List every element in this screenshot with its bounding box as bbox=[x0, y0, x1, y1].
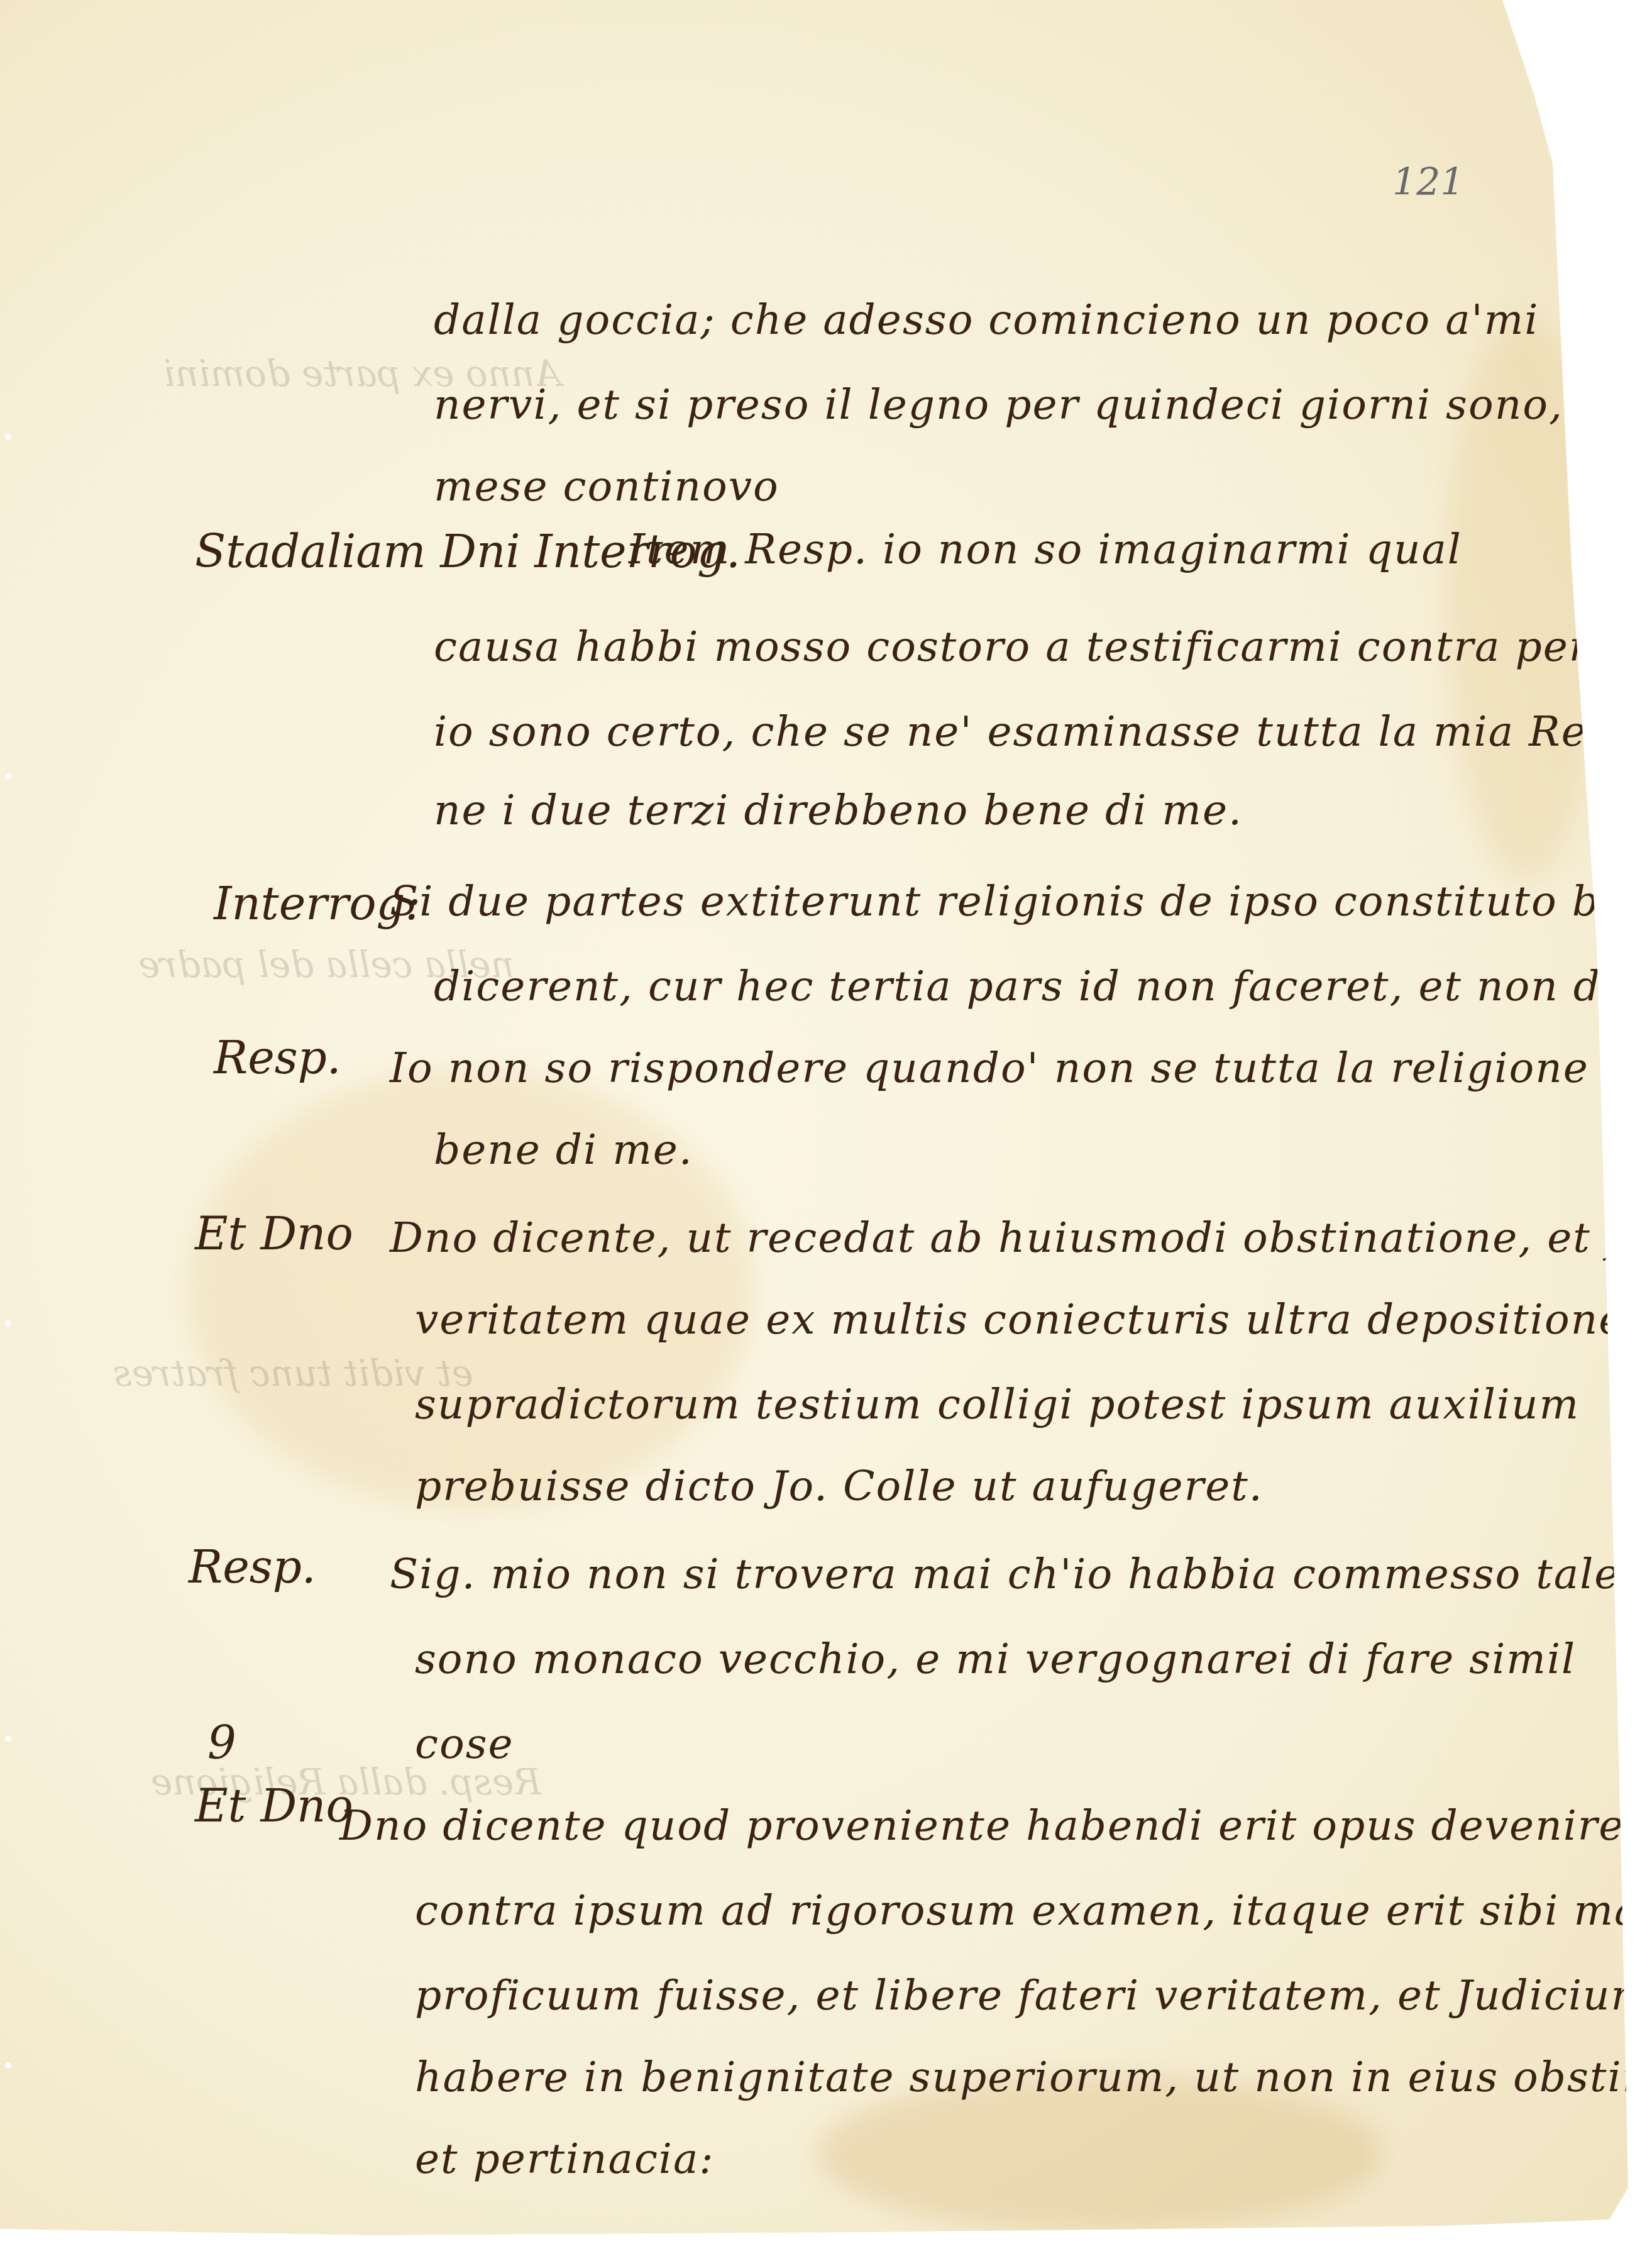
text-line: bene di me. bbox=[434, 1125, 693, 1174]
margin-label: Et Dno bbox=[195, 1207, 353, 1260]
margin-label: Resp. bbox=[189, 1540, 316, 1593]
text-line: habere in benignitate superiorum, ut non… bbox=[415, 2053, 1652, 2101]
text-line: Item Resp. io non so imaginarmi qual bbox=[629, 525, 1462, 573]
text-line: cose bbox=[415, 1720, 514, 1768]
text-line: mese continovo bbox=[434, 462, 779, 511]
binding-hole bbox=[5, 1320, 11, 1327]
text-line: supradictorum testium colligi potest ips… bbox=[415, 1380, 1580, 1429]
text-line: Io non so rispondere quando' non se tutt… bbox=[390, 1044, 1652, 1092]
text-line: et pertinacia: bbox=[415, 2135, 715, 2183]
text-line: prebuisse dicto Jo. Colle ut aufugeret. bbox=[415, 1462, 1264, 1510]
margin-label: Resp. bbox=[214, 1031, 341, 1084]
text-line: ne i due terzi direbbeno bene di me. bbox=[434, 786, 1243, 834]
text-line: Dno dicente, ut recedat ab huiusmodi obs… bbox=[390, 1213, 1652, 1262]
folio-number: 121 bbox=[1392, 160, 1465, 204]
text-line: Dno dicente quod proveniente habendi eri… bbox=[339, 1801, 1624, 1850]
text-line: Si due partes extiterunt religionis de i… bbox=[390, 877, 1652, 926]
margin-label: 9 bbox=[207, 1716, 236, 1769]
margin-label: Et Dno bbox=[195, 1779, 353, 1832]
text-line: sono monaco vecchio, e mi vergognarei di… bbox=[415, 1635, 1576, 1683]
binding-hole bbox=[5, 2062, 11, 2069]
text-line: dalla goccia; che adesso comincieno un p… bbox=[434, 296, 1539, 344]
text-line: io sono certo, che se ne' esaminasse tut… bbox=[434, 707, 1652, 756]
text-line: nervi, et si preso il legno per quindeci… bbox=[434, 380, 1634, 429]
text-line: veritatem quae ex multis coniecturis ult… bbox=[415, 1295, 1647, 1344]
text-line: Sig. mio non si trovera mai ch'io habbia… bbox=[390, 1550, 1652, 1598]
binding-hole bbox=[5, 1735, 11, 1742]
binding-hole bbox=[5, 773, 11, 780]
text-line: causa habbi mosso costoro a testificarmi… bbox=[434, 622, 1652, 671]
text-line: contra ipsum ad rigorosum examen, itaque… bbox=[415, 1886, 1652, 1935]
manuscript-page: Anno ex parte domini nella cella del pad… bbox=[0, 0, 1634, 2238]
binding-hole bbox=[5, 434, 11, 440]
text-line: proficuum fuisse, et libere fateri verit… bbox=[415, 1971, 1651, 2020]
text-line: dicerent, cur hec tertia pars id non fac… bbox=[434, 962, 1652, 1010]
